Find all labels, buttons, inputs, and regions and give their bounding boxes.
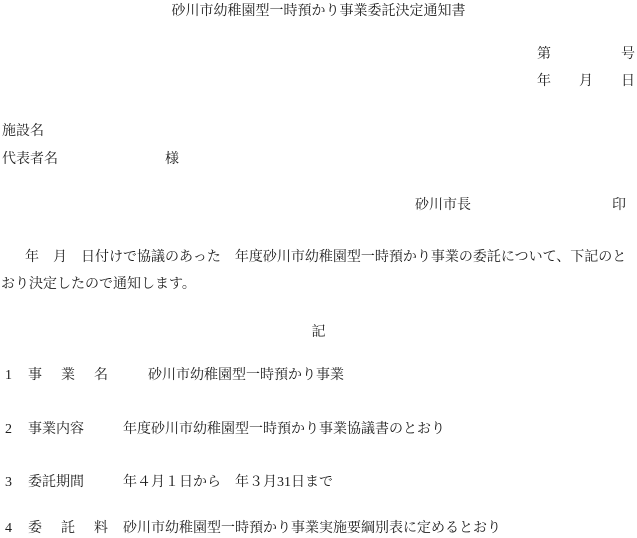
item-value: 砂川市幼稚園型一時預かり事業 [148,368,344,384]
document-page: 砂川市幼稚園型一時預かり事業委託決定通知書 第 号 年 月 日 施設名 代表者名… [0,0,637,538]
body-paragraph-line-1: 年 月 日付けで協議のあった 年度砂川市幼稚園型一時預かり事業の委託について、下… [25,250,626,266]
item-value: 砂川市幼稚園型一時預かり事業実施要綱別表に定めるとおり [123,521,501,537]
reference-number-line: 第 号 [537,47,635,63]
sender-row: 砂川市長 印 [415,198,635,214]
document-title: 砂川市幼稚園型一時預かり事業委託決定通知書 [0,4,637,20]
item-row-business-name: 1 事業名 砂川市幼稚園型一時預かり事業 [0,368,637,385]
item-label: 委託料 [28,521,127,537]
item-label: 事業名 [28,368,127,384]
item-number: 1 [5,368,12,384]
item-number: 4 [5,521,12,537]
issue-date-line: 年 月 日 [537,74,635,90]
seal-mark: 印 [612,198,626,214]
body-paragraph-line-2: おり決定したので通知します。 [1,277,196,293]
honorific-sama: 様 [165,152,179,168]
record-marker: 記 [0,325,637,341]
item-row-business-content: 2 事業内容 年度砂川市幼稚園型一時預かり事業協議書のとおり [0,422,637,439]
item-row-contract-fee: 4 委託料 砂川市幼稚園型一時預かり事業実施要綱別表に定めるとおり [0,521,637,538]
item-number: 2 [5,422,12,438]
item-label: 委託期間 [28,475,84,491]
sender-name: 砂川市長 [415,198,471,213]
item-label: 事業内容 [28,422,84,438]
representative-row: 代表者名 様 [2,152,622,168]
item-value: 年４月１日から 年３月31日まで [123,475,333,491]
item-row-contract-period: 3 委託期間 年４月１日から 年３月31日まで [0,475,637,492]
item-value: 年度砂川市幼稚園型一時預かり事業協議書のとおり [123,422,445,438]
item-number: 3 [5,475,12,491]
facility-name-label: 施設名 [2,124,44,140]
representative-name-label: 代表者名 [2,152,58,167]
